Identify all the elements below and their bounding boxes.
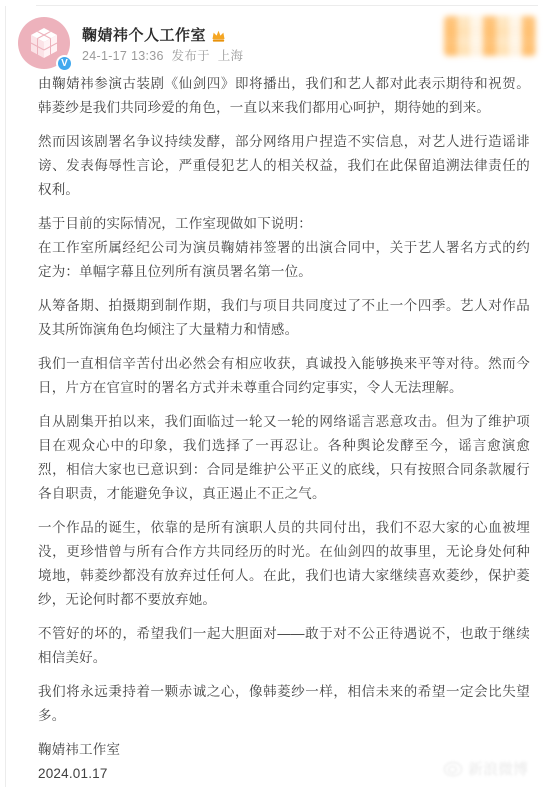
post-meta: 24-1-17 13:36 发布于 上海: [82, 46, 247, 64]
card-left-divider: [5, 6, 6, 787]
paragraph: 然而因该剧署名争议持续发酵，部分网络用户捏造不实信息，对艺人进行造谣诽谤、发表侮…: [38, 130, 530, 202]
statement-body: 由鞠婧祎参演古装剧《仙剑四》即将播出，我们和艺人都对此表示期待和祝贺。韩菱纱是我…: [38, 72, 530, 786]
posted-from-label: 发布于: [172, 49, 210, 63]
paragraph: 从筹备期、拍摄期到制作期，我们与项目共同度过了不止一个四季。艺人对作品及其所饰演…: [38, 294, 530, 342]
post-header: V 鞠婧祎个人工作室 24-1-17 13:36 发布于 上海: [0, 0, 550, 72]
paragraph: 自从剧集开拍以来，我们面临过一轮又一轮的网络谣言恶意攻击。但为了维护项目在观众心…: [38, 410, 530, 506]
username[interactable]: 鞠婧祎个人工作室: [82, 24, 206, 45]
signature-block: 鞠婧祎工作室 2024.01.17: [38, 738, 530, 786]
verified-v-icon: V: [56, 55, 73, 72]
signature: 鞠婧祎工作室: [38, 738, 530, 762]
weibo-post-card: V 鞠婧祎个人工作室 24-1-17 13:36 发布于 上海 由鞠婧祎参演古装…: [0, 0, 550, 787]
avatar[interactable]: V: [18, 17, 70, 69]
member-crown-icon: [211, 29, 226, 43]
cube-logo-icon: [26, 25, 62, 61]
censored-follow-button[interactable]: [444, 16, 536, 56]
paragraph: 一个作品的诞生，依靠的是所有演职人员的共同付出，我们不忍大家的心血被埋没，更珍惜…: [38, 516, 530, 612]
timestamp: 24-1-17 13:36: [82, 49, 164, 63]
location[interactable]: 上海: [218, 49, 244, 63]
paragraph: 我们将永远秉持着一颗赤诚之心，像韩菱纱一样，相信未来的希望一定会比失望多。: [38, 680, 530, 728]
paragraph: 我们一直相信辛苦付出必然会有相应收获，真诚投入能够换来平等对待。然而今日，片方在…: [38, 352, 530, 400]
paragraph: 基于目前的实际情况，工作室现做如下说明： 在工作室所属经纪公司为演员鞠婧祎签署的…: [38, 212, 530, 284]
paragraph: 由鞠婧祎参演古装剧《仙剑四》即将播出，我们和艺人都对此表示期待和祝贺。韩菱纱是我…: [38, 72, 530, 120]
date: 2024.01.17: [38, 762, 530, 786]
paragraph: 不管好的坏的，希望我们一起大胆面对——敢于对不公正待遇说不，也敢于继续相信美好。: [38, 622, 530, 670]
